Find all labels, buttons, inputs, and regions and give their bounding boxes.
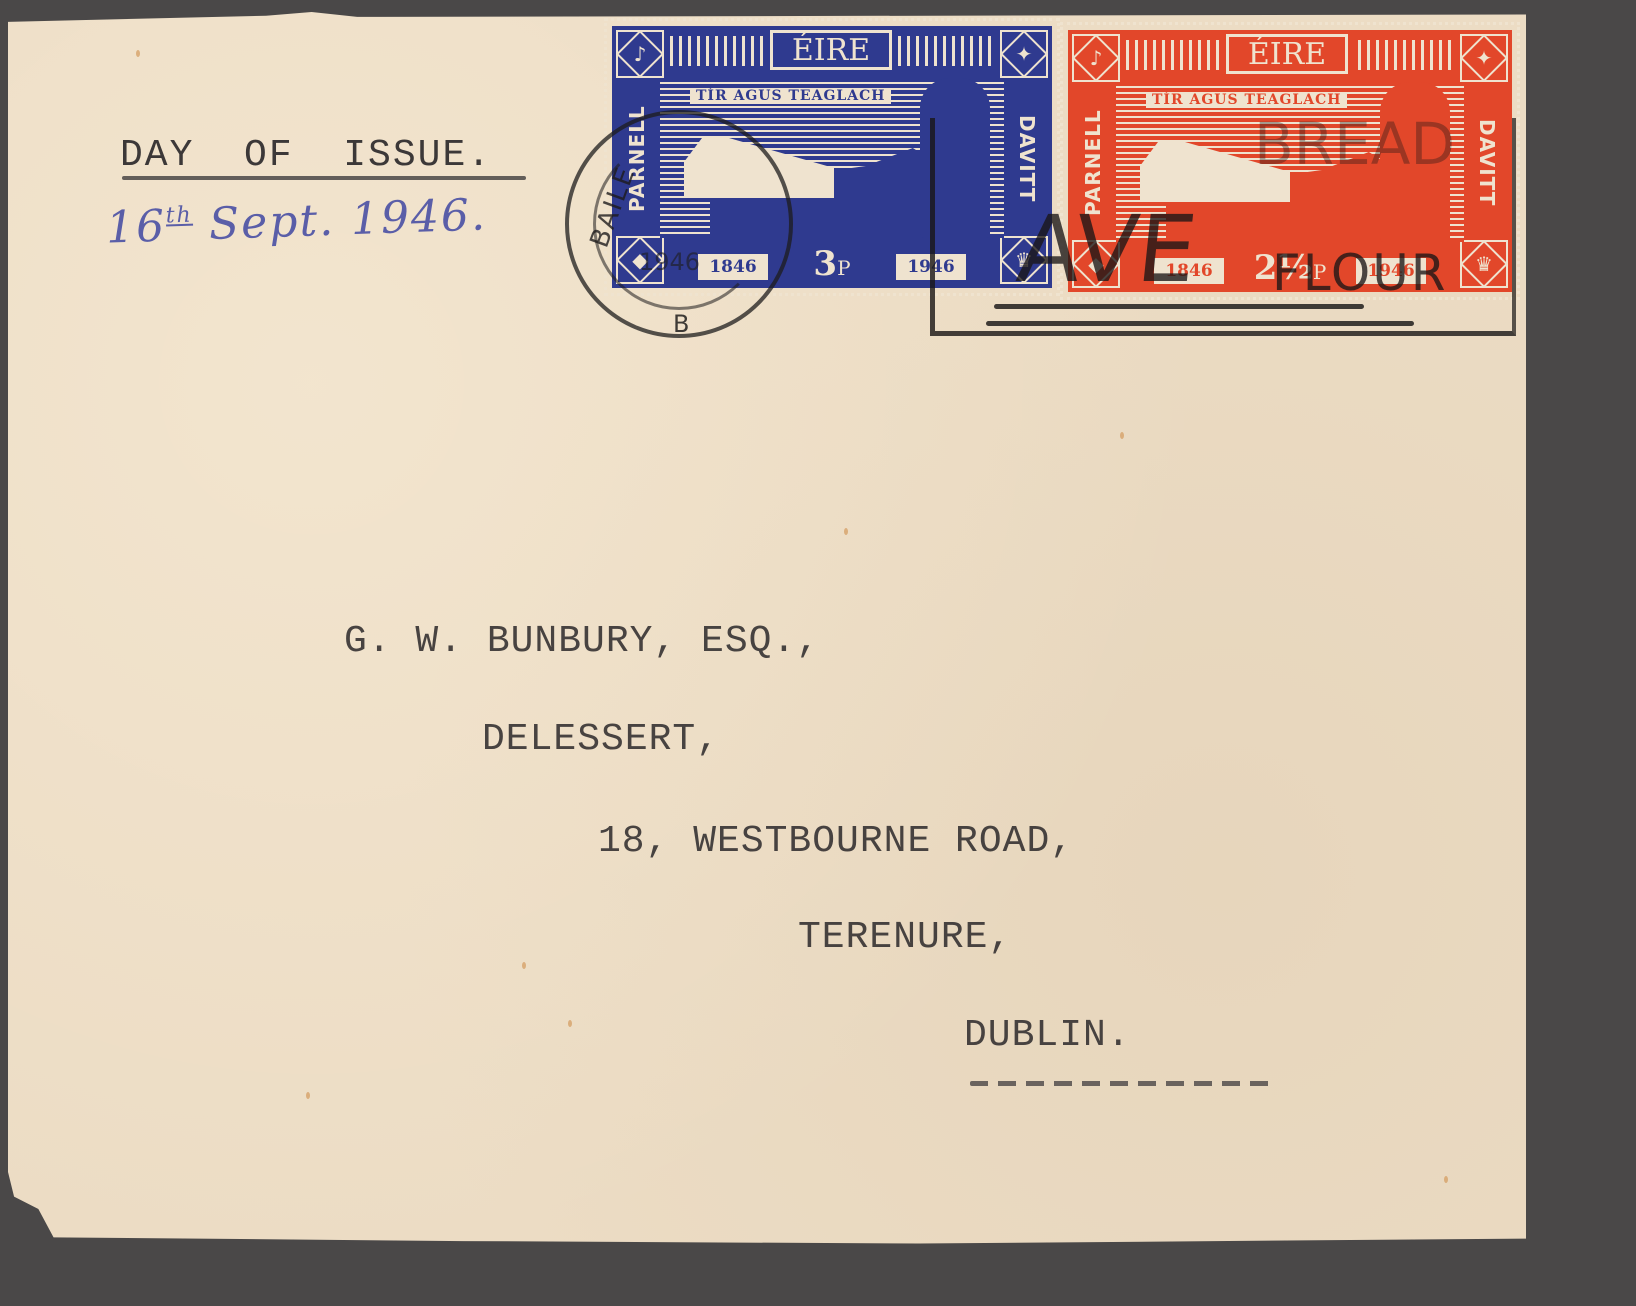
- address-line-street: 18, WESTBOURNE ROAD,: [598, 820, 1074, 863]
- stamp-bars: [1358, 40, 1454, 70]
- stamp-value-number: 3: [813, 244, 837, 284]
- stamp-motto: TÍR AGUS TEAGLACH: [1146, 92, 1347, 108]
- stamp-value: 3P: [813, 244, 850, 284]
- postmark-date: 1946: [639, 248, 700, 276]
- paper-speck: [568, 1020, 572, 1027]
- date-day: 16: [105, 201, 167, 254]
- address-line-city: DUBLIN.: [964, 1014, 1131, 1057]
- slogan-bottom: FLOUR: [1272, 244, 1448, 302]
- address-line-district: TERENURE,: [798, 916, 1012, 959]
- stamp-motto: TÍR AGUS TEAGLACH: [690, 88, 891, 104]
- heading-underline: [122, 176, 526, 180]
- paper-speck: [306, 1092, 310, 1099]
- paper-speck: [136, 50, 140, 57]
- address-line-name: G. W. BUNBURY, ESQ.,: [344, 620, 820, 663]
- stamp-bars: [670, 36, 766, 66]
- date-ordinal: th: [165, 203, 193, 229]
- stamp-country: ÉIRE: [1226, 34, 1348, 74]
- paper-speck: [844, 528, 848, 535]
- date-rest: Sept. 1946.: [192, 189, 488, 250]
- slogan-mid: AVE: [1012, 196, 1201, 303]
- cancel-line: [986, 321, 1414, 326]
- harp-icon: ♪: [1072, 34, 1120, 82]
- triskelion-icon: ✦: [1460, 34, 1508, 82]
- circular-postmark: BAILE 1946 B: [565, 110, 793, 338]
- day-of-issue-heading: DAY OF ISSUE.: [120, 134, 492, 177]
- paper-speck: [1120, 432, 1124, 439]
- stamp-bars: [898, 36, 994, 66]
- stamp-bars: [1126, 40, 1222, 70]
- stamp-value-unit: P: [837, 256, 850, 280]
- stamp-country: ÉIRE: [770, 30, 892, 70]
- dashed-underline: [970, 1081, 1278, 1086]
- paper-speck: [522, 962, 526, 969]
- triskelion-icon: ✦: [1000, 30, 1048, 78]
- address-line-house: DELESSERT,: [482, 718, 720, 761]
- postmark-code: B: [673, 310, 689, 338]
- paper-speck: [1444, 1176, 1448, 1183]
- harp-icon: ♪: [616, 30, 664, 78]
- slogan-top: BREAD: [1254, 110, 1455, 178]
- cancel-line: [994, 304, 1364, 309]
